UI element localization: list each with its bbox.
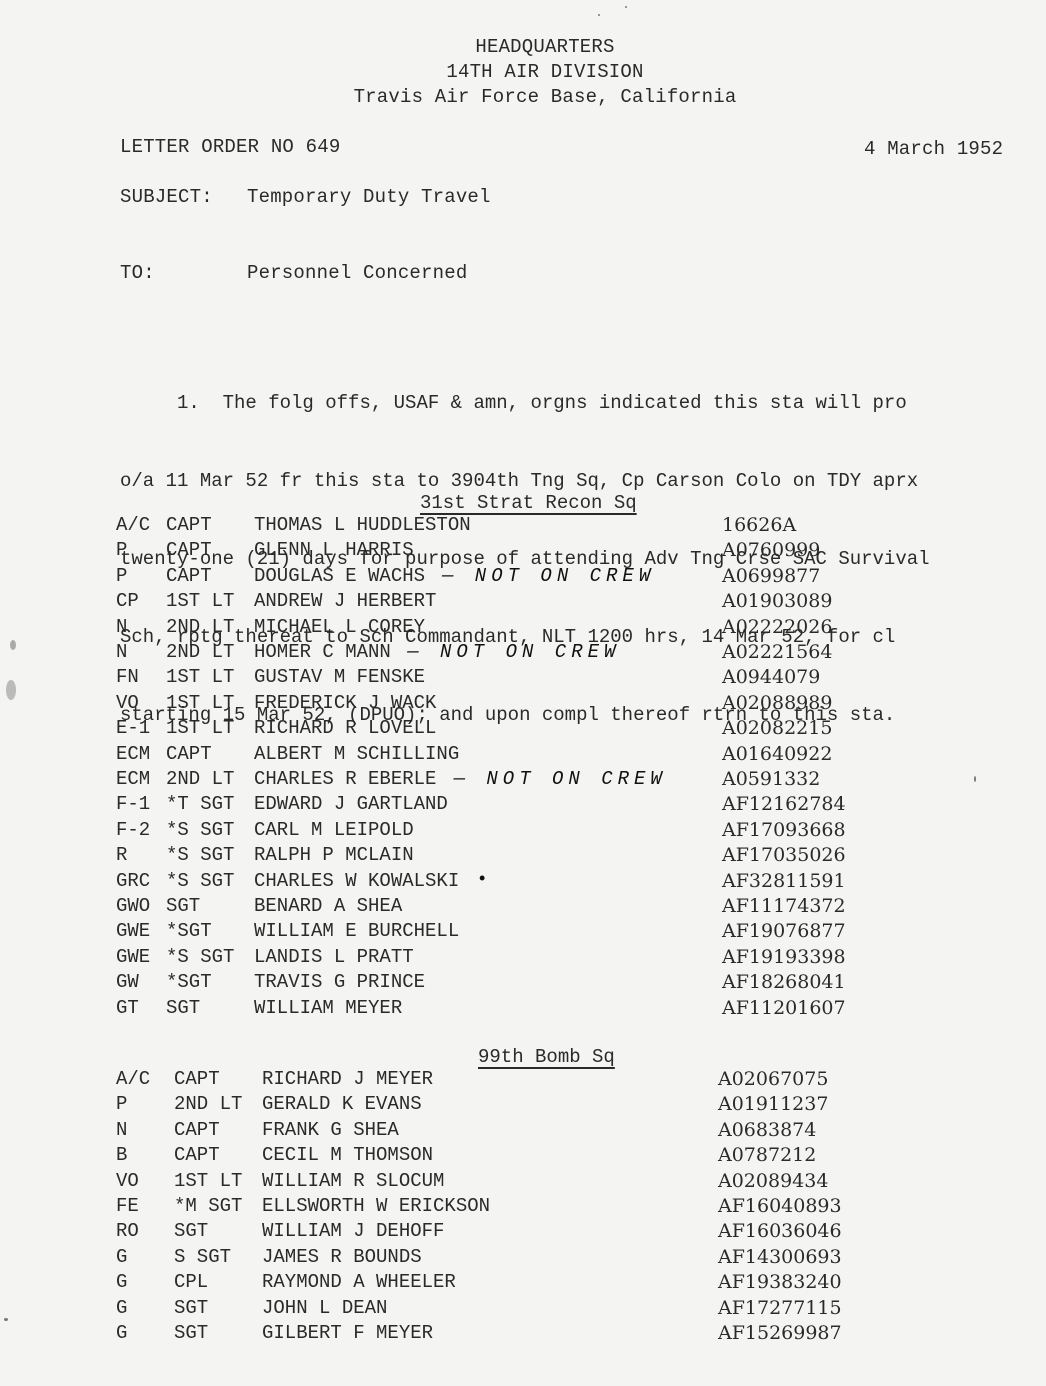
crew-row: PCAPTDOUGLAS E WACHSA0699877— NOT ON CRE… <box>116 565 856 590</box>
crew-name: WILLIAM J DEHOFF <box>262 1220 444 1242</box>
crew-name: FREDERICK J WACK <box>254 692 436 714</box>
crew-name: HOMER C MANN <box>254 641 391 663</box>
crew-name: JOHN L DEAN <box>262 1297 387 1319</box>
crew-name: DOUGLAS E WACHS <box>254 565 425 587</box>
crew-serial-number: AF32811591 <box>722 870 846 892</box>
crew-name: ANDREW J HERBERT <box>254 590 436 612</box>
crew-serial-number: A02222026 <box>722 616 832 638</box>
handwritten-note: — NOT ON CREW <box>442 565 655 587</box>
crew-rank: *T SGT <box>166 793 234 815</box>
crew-row: GWE*SGTWILLIAM E BURCHELLAF19076877 <box>116 920 856 945</box>
crew-rank: SGT <box>166 997 200 1019</box>
letter-order-page: HEADQUARTERS 14TH AIR DIVISION Travis Ai… <box>0 0 1046 1386</box>
crew-row: N2ND LTMICHAEL L COREYA02222026 <box>116 616 856 641</box>
crew-position: A/C <box>116 514 150 536</box>
crew-position: G <box>116 1246 127 1268</box>
crew-name: GILBERT F MEYER <box>262 1322 433 1344</box>
crew-position: G <box>116 1271 127 1293</box>
crew-serial-number: A01903089 <box>722 590 832 612</box>
crew-name: JAMES R BOUNDS <box>262 1246 422 1268</box>
crew-position: B <box>116 1144 127 1166</box>
crew-position: GWE <box>116 920 150 942</box>
crew-rank: 1ST LT <box>166 692 234 714</box>
crew-serial-number: AF14300693 <box>718 1246 842 1268</box>
scan-speck <box>598 14 600 16</box>
crew-name: FRANK G SHEA <box>262 1119 399 1141</box>
crew-row: F-1*T SGTEDWARD J GARTLANDAF12162784 <box>116 793 856 818</box>
crew-name: GUSTAV M FENSKE <box>254 666 425 688</box>
crew-name: CHARLES R EBERLE <box>254 768 436 790</box>
crew-position: N <box>116 616 127 638</box>
crew-row: R*S SGTRALPH P MCLAINAF17035026 <box>116 844 856 869</box>
crew-serial-number: A0944079 <box>722 666 820 688</box>
crew-row: F-2*S SGTCARL M LEIPOLDAF17093668 <box>116 819 856 844</box>
to-text: Personnel Concerned <box>247 262 467 284</box>
crew-serial-number: AF12162784 <box>722 793 846 815</box>
crew-name: WILLIAM R SLOCUM <box>262 1170 444 1192</box>
crew-name: MICHAEL L COREY <box>254 616 425 638</box>
crew-row: A/CCAPTRICHARD J MEYERA02067075 <box>116 1068 856 1093</box>
crew-rank: 2ND LT <box>166 641 234 663</box>
crew-rank: *SGT <box>166 971 212 993</box>
crew-name: CARL M LEIPOLD <box>254 819 414 841</box>
handwritten-note: — NOT ON CREW <box>407 641 620 663</box>
crew-position: ECM <box>116 743 150 765</box>
subject-text: Temporary Duty Travel <box>247 186 491 208</box>
crew-row: VO1ST LTFREDERICK J WACKA02088989 <box>116 692 856 717</box>
crew-name: WILLIAM E BURCHELL <box>254 920 459 942</box>
crew-rank: 1ST LT <box>174 1170 242 1192</box>
crew-serial-number: A02088989 <box>722 692 832 714</box>
crew-serial-number: A0699877 <box>722 565 820 587</box>
crew-rank: SGT <box>174 1297 208 1319</box>
crew-position: FN <box>116 666 139 688</box>
crew-name: WILLIAM MEYER <box>254 997 402 1019</box>
crew-position: P <box>116 565 127 587</box>
crew-name: RICHARD J MEYER <box>262 1068 433 1090</box>
crew-position: CP <box>116 590 139 612</box>
crew-row: N2ND LTHOMER C MANNA02221564— NOT ON CRE… <box>116 641 856 666</box>
crew-serial-number: AF11201607 <box>722 997 846 1019</box>
handwritten-note: • <box>477 870 488 890</box>
crew-row: VO1ST LTWILLIAM R SLOCUMA02089434 <box>116 1170 856 1195</box>
crew-name: THOMAS L HUDDLESTON <box>254 514 471 536</box>
crew-position: FE <box>116 1195 139 1217</box>
crew-serial-number: 16626A <box>722 514 796 536</box>
crew-name: BENARD A SHEA <box>254 895 402 917</box>
crew-position: N <box>116 1119 127 1141</box>
crew-rank: CAPT <box>166 514 212 536</box>
crew-name: LANDIS L PRATT <box>254 946 414 968</box>
crew-rank: *SGT <box>166 920 212 942</box>
crew-serial-number: AF17035026 <box>722 844 846 866</box>
crew-position: GT <box>116 997 139 1019</box>
crew-row: ROSGTWILLIAM J DEHOFFAF16036046 <box>116 1220 856 1245</box>
crew-serial-number: A0787212 <box>718 1144 816 1166</box>
crew-rank: *M SGT <box>174 1195 242 1217</box>
crew-row: CP1ST LTANDREW J HERBERTA01903089 <box>116 590 856 615</box>
crew-rank: *S SGT <box>166 870 234 892</box>
crew-serial-number: AF19076877 <box>722 920 846 942</box>
crew-name: RICHARD R LOVELL <box>254 717 436 739</box>
crew-row: FN1ST LTGUSTAV M FENSKEA0944079 <box>116 666 856 691</box>
crew-row: GWE*S SGTLANDIS L PRATTAF19193398 <box>116 946 856 971</box>
scan-speck <box>6 680 16 700</box>
crew-row: GWOSGTBENARD A SHEAAF11174372 <box>116 895 856 920</box>
crew-name: ELLSWORTH W ERICKSON <box>262 1195 490 1217</box>
crew-name: CHARLES W KOWALSKI <box>254 870 459 892</box>
crew-serial-number: A0683874 <box>718 1119 816 1141</box>
crew-position: G <box>116 1297 127 1319</box>
crew-row: GSGTGILBERT F MEYERAF15269987 <box>116 1322 856 1347</box>
crew-row: NCAPTFRANK G SHEAA0683874 <box>116 1119 856 1144</box>
header-division: 14TH AIR DIVISION <box>0 61 1046 83</box>
crew-row: A/CCAPTTHOMAS L HUDDLESTON16626A <box>116 514 856 539</box>
crew-serial-number: A01640922 <box>722 743 832 765</box>
crew-position: VO <box>116 1170 139 1192</box>
crew-serial-number: A0760999 <box>722 539 820 561</box>
crew-rank: CAPT <box>174 1068 220 1090</box>
header-headquarters: HEADQUARTERS <box>0 36 1046 58</box>
crew-position: ECM <box>116 768 150 790</box>
scan-speck <box>974 776 976 782</box>
scan-speck <box>4 1318 8 1321</box>
crew-name: EDWARD J GARTLAND <box>254 793 448 815</box>
crew-rank: SGT <box>166 895 200 917</box>
crew-position: R <box>116 844 127 866</box>
crew-rank: CAPT <box>174 1144 220 1166</box>
squadron-title-99th: 99th Bomb Sq <box>478 1046 615 1068</box>
to-label: TO: <box>120 262 155 284</box>
paragraph-line: 1. The folg offs, USAF & amn, orgns indi… <box>120 390 1020 416</box>
scan-speck <box>625 6 627 8</box>
crew-name: CECIL M THOMSON <box>262 1144 433 1166</box>
crew-row: ECM2ND LTCHARLES R EBERLEA0591332— NOT O… <box>116 768 856 793</box>
crew-rank: CAPT <box>166 539 212 561</box>
squadron-title-31st: 31st Strat Recon Sq <box>420 492 637 514</box>
crew-name: ALBERT M SCHILLING <box>254 743 459 765</box>
crew-serial-number: AF11174372 <box>722 895 846 917</box>
paragraph-line: o/a 11 Mar 52 fr this sta to 3904th Tng … <box>120 468 1020 494</box>
crew-rank: 2ND LT <box>166 616 234 638</box>
crew-rank: *S SGT <box>166 946 234 968</box>
crew-position: G <box>116 1322 127 1344</box>
crew-row: FE*M SGTELLSWORTH W ERICKSONAF16040893 <box>116 1195 856 1220</box>
crew-position: GWO <box>116 895 150 917</box>
subject-label: SUBJECT: <box>120 186 213 208</box>
crew-rank: 1ST LT <box>166 717 234 739</box>
crew-rank: S SGT <box>174 1246 231 1268</box>
handwritten-note: — NOT ON CREW <box>454 768 667 790</box>
crew-serial-number: A02221564 <box>722 641 832 663</box>
crew-serial-number: AF15269987 <box>718 1322 842 1344</box>
crew-row: PCAPTGLENN L HARRISA0760999 <box>116 539 856 564</box>
crew-rank: CAPT <box>174 1119 220 1141</box>
crew-serial-number: A01911237 <box>718 1093 828 1115</box>
crew-rank: 2ND LT <box>174 1093 242 1115</box>
crew-row: GS SGTJAMES R BOUNDSAF14300693 <box>116 1246 856 1271</box>
crew-rank: CAPT <box>166 743 212 765</box>
crew-position: P <box>116 539 127 561</box>
crew-position: A/C <box>116 1068 150 1090</box>
crew-row: GCPLRAYMOND A WHEELERAF19383240 <box>116 1271 856 1296</box>
crew-rank: *S SGT <box>166 819 234 841</box>
crew-serial-number: AF17277115 <box>718 1297 842 1319</box>
crew-name: RALPH P MCLAIN <box>254 844 414 866</box>
crew-rank: CPL <box>174 1271 208 1293</box>
crew-rank: CAPT <box>166 565 212 587</box>
crew-position: GRC <box>116 870 150 892</box>
crew-serial-number: AF18268041 <box>722 971 846 993</box>
crew-serial-number: AF16036046 <box>718 1220 842 1242</box>
crew-row: GRC*S SGTCHARLES W KOWALSKIAF32811591• <box>116 870 856 895</box>
crew-position: P <box>116 1093 127 1115</box>
crew-position: VO <box>116 692 139 714</box>
crew-row: GTSGTWILLIAM MEYERAF11201607 <box>116 997 856 1022</box>
crew-name: GERALD K EVANS <box>262 1093 422 1115</box>
crew-position: GWE <box>116 946 150 968</box>
crew-rank: SGT <box>174 1322 208 1344</box>
crew-row: P2ND LTGERALD K EVANSA01911237 <box>116 1093 856 1118</box>
crew-row: BCAPTCECIL M THOMSONA0787212 <box>116 1144 856 1169</box>
crew-rank: 1ST LT <box>166 666 234 688</box>
crew-serial-number: A02089434 <box>718 1170 828 1192</box>
scan-speck <box>10 640 16 650</box>
order-number: LETTER ORDER NO 649 <box>120 136 340 158</box>
crew-name: RAYMOND A WHEELER <box>262 1271 456 1293</box>
crew-position: N <box>116 641 127 663</box>
crew-name: GLENN L HARRIS <box>254 539 414 561</box>
crew-position: E-1 <box>116 717 150 739</box>
crew-rank: *S SGT <box>166 844 234 866</box>
crew-serial-number: AF17093668 <box>722 819 846 841</box>
crew-rank: SGT <box>174 1220 208 1242</box>
crew-row: GSGTJOHN L DEANAF17277115 <box>116 1297 856 1322</box>
crew-rank: 2ND LT <box>166 768 234 790</box>
crew-position: RO <box>116 1220 139 1242</box>
crew-position: F-2 <box>116 819 150 841</box>
crew-row: GW*SGTTRAVIS G PRINCEAF18268041 <box>116 971 856 996</box>
crew-serial-number: A0591332 <box>722 768 820 790</box>
crew-rank: 1ST LT <box>166 590 234 612</box>
crew-position: F-1 <box>116 793 150 815</box>
crew-serial-number: AF19193398 <box>722 946 846 968</box>
crew-position: GW <box>116 971 139 993</box>
crew-serial-number: AF19383240 <box>718 1271 842 1293</box>
crew-serial-number: AF16040893 <box>718 1195 842 1217</box>
crew-row: ECMCAPTALBERT M SCHILLINGA01640922 <box>116 743 856 768</box>
crew-serial-number: A02082215 <box>722 717 832 739</box>
header-base: Travis Air Force Base, California <box>0 86 1046 108</box>
order-date: 4 March 1952 <box>864 138 1003 160</box>
crew-name: TRAVIS G PRINCE <box>254 971 425 993</box>
crew-row: E-11ST LTRICHARD R LOVELLA02082215 <box>116 717 856 742</box>
crew-serial-number: A02067075 <box>718 1068 828 1090</box>
